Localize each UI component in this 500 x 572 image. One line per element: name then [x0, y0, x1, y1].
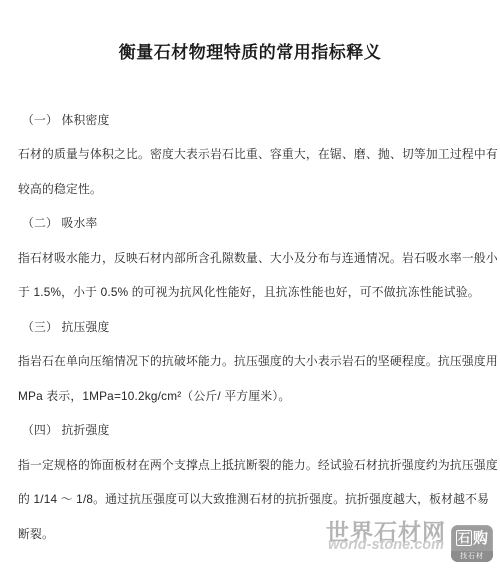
shigou-logo-text: 石购 — [451, 525, 493, 551]
logo-boxed-character: 石 — [456, 530, 472, 546]
watermark: 世界石材网 world-stone.com 石购 找石材 — [326, 521, 493, 562]
section-4-heading: （四） 抗折强度 — [18, 413, 494, 448]
section-3-body-line-1: 指岩石在单向压缩情况下的抗破坏能力。抗压强度的大小表示岩石的坚硬程度。抗压强度用 — [18, 344, 494, 379]
document-page: 衡量石材物理特质的常用指标释义 （一） 体积密度 石材的质量与体积之比。密度大表… — [0, 0, 500, 572]
section-1-heading: （一） 体积密度 — [18, 102, 494, 137]
document-body: （一） 体积密度 石材的质量与体积之比。密度大表示岩石比重、容重大，在锯、磨、抛… — [18, 102, 494, 551]
page-title: 衡量石材物理特质的常用指标释义 — [0, 38, 500, 63]
watermark-text: 世界石材网 world-stone.com — [326, 521, 446, 554]
section-2-heading: （二） 吸水率 — [18, 206, 494, 241]
section-2-body-line-1: 指石材吸水能力，反映石材内部所含孔隙数量、大小及分布与连通情况。岩石吸水率一般小 — [18, 240, 494, 275]
section-3-heading: （三） 抗压强度 — [18, 309, 494, 344]
section-4-body-line-1: 指一定规格的饰面板材在两个支撑点上抵抗断裂的能力。经试验石材抗折强度约为抗压强度 — [18, 447, 494, 482]
shigou-logo: 石购 找石材 — [451, 525, 493, 562]
watermark-site-url: world-stone.com — [326, 538, 446, 554]
section-1-body-line-2: 较高的稳定性。 — [18, 171, 494, 206]
shigou-logo-tagline: 找石材 — [451, 551, 493, 562]
section-2-body-line-2: 于 1.5%，小于 0.5% 的可视为抗风化性能好，且抗冻性能也好，可不做抗冻性… — [18, 275, 494, 310]
section-1-body-line-1: 石材的质量与体积之比。密度大表示岩石比重、容重大，在锯、磨、抛、切等加工过程中有 — [18, 137, 494, 172]
section-4-body-line-2: 的 1/14 ～ 1/8。通过抗压强度可以大致推测石材的抗折强度。抗折强度越大，… — [18, 482, 494, 517]
logo-second-character: 购 — [473, 531, 488, 546]
section-3-body-line-2: MPa 表示，1MPa=10.2kg/cm²（公斤/ 平方厘米）。 — [18, 378, 494, 413]
